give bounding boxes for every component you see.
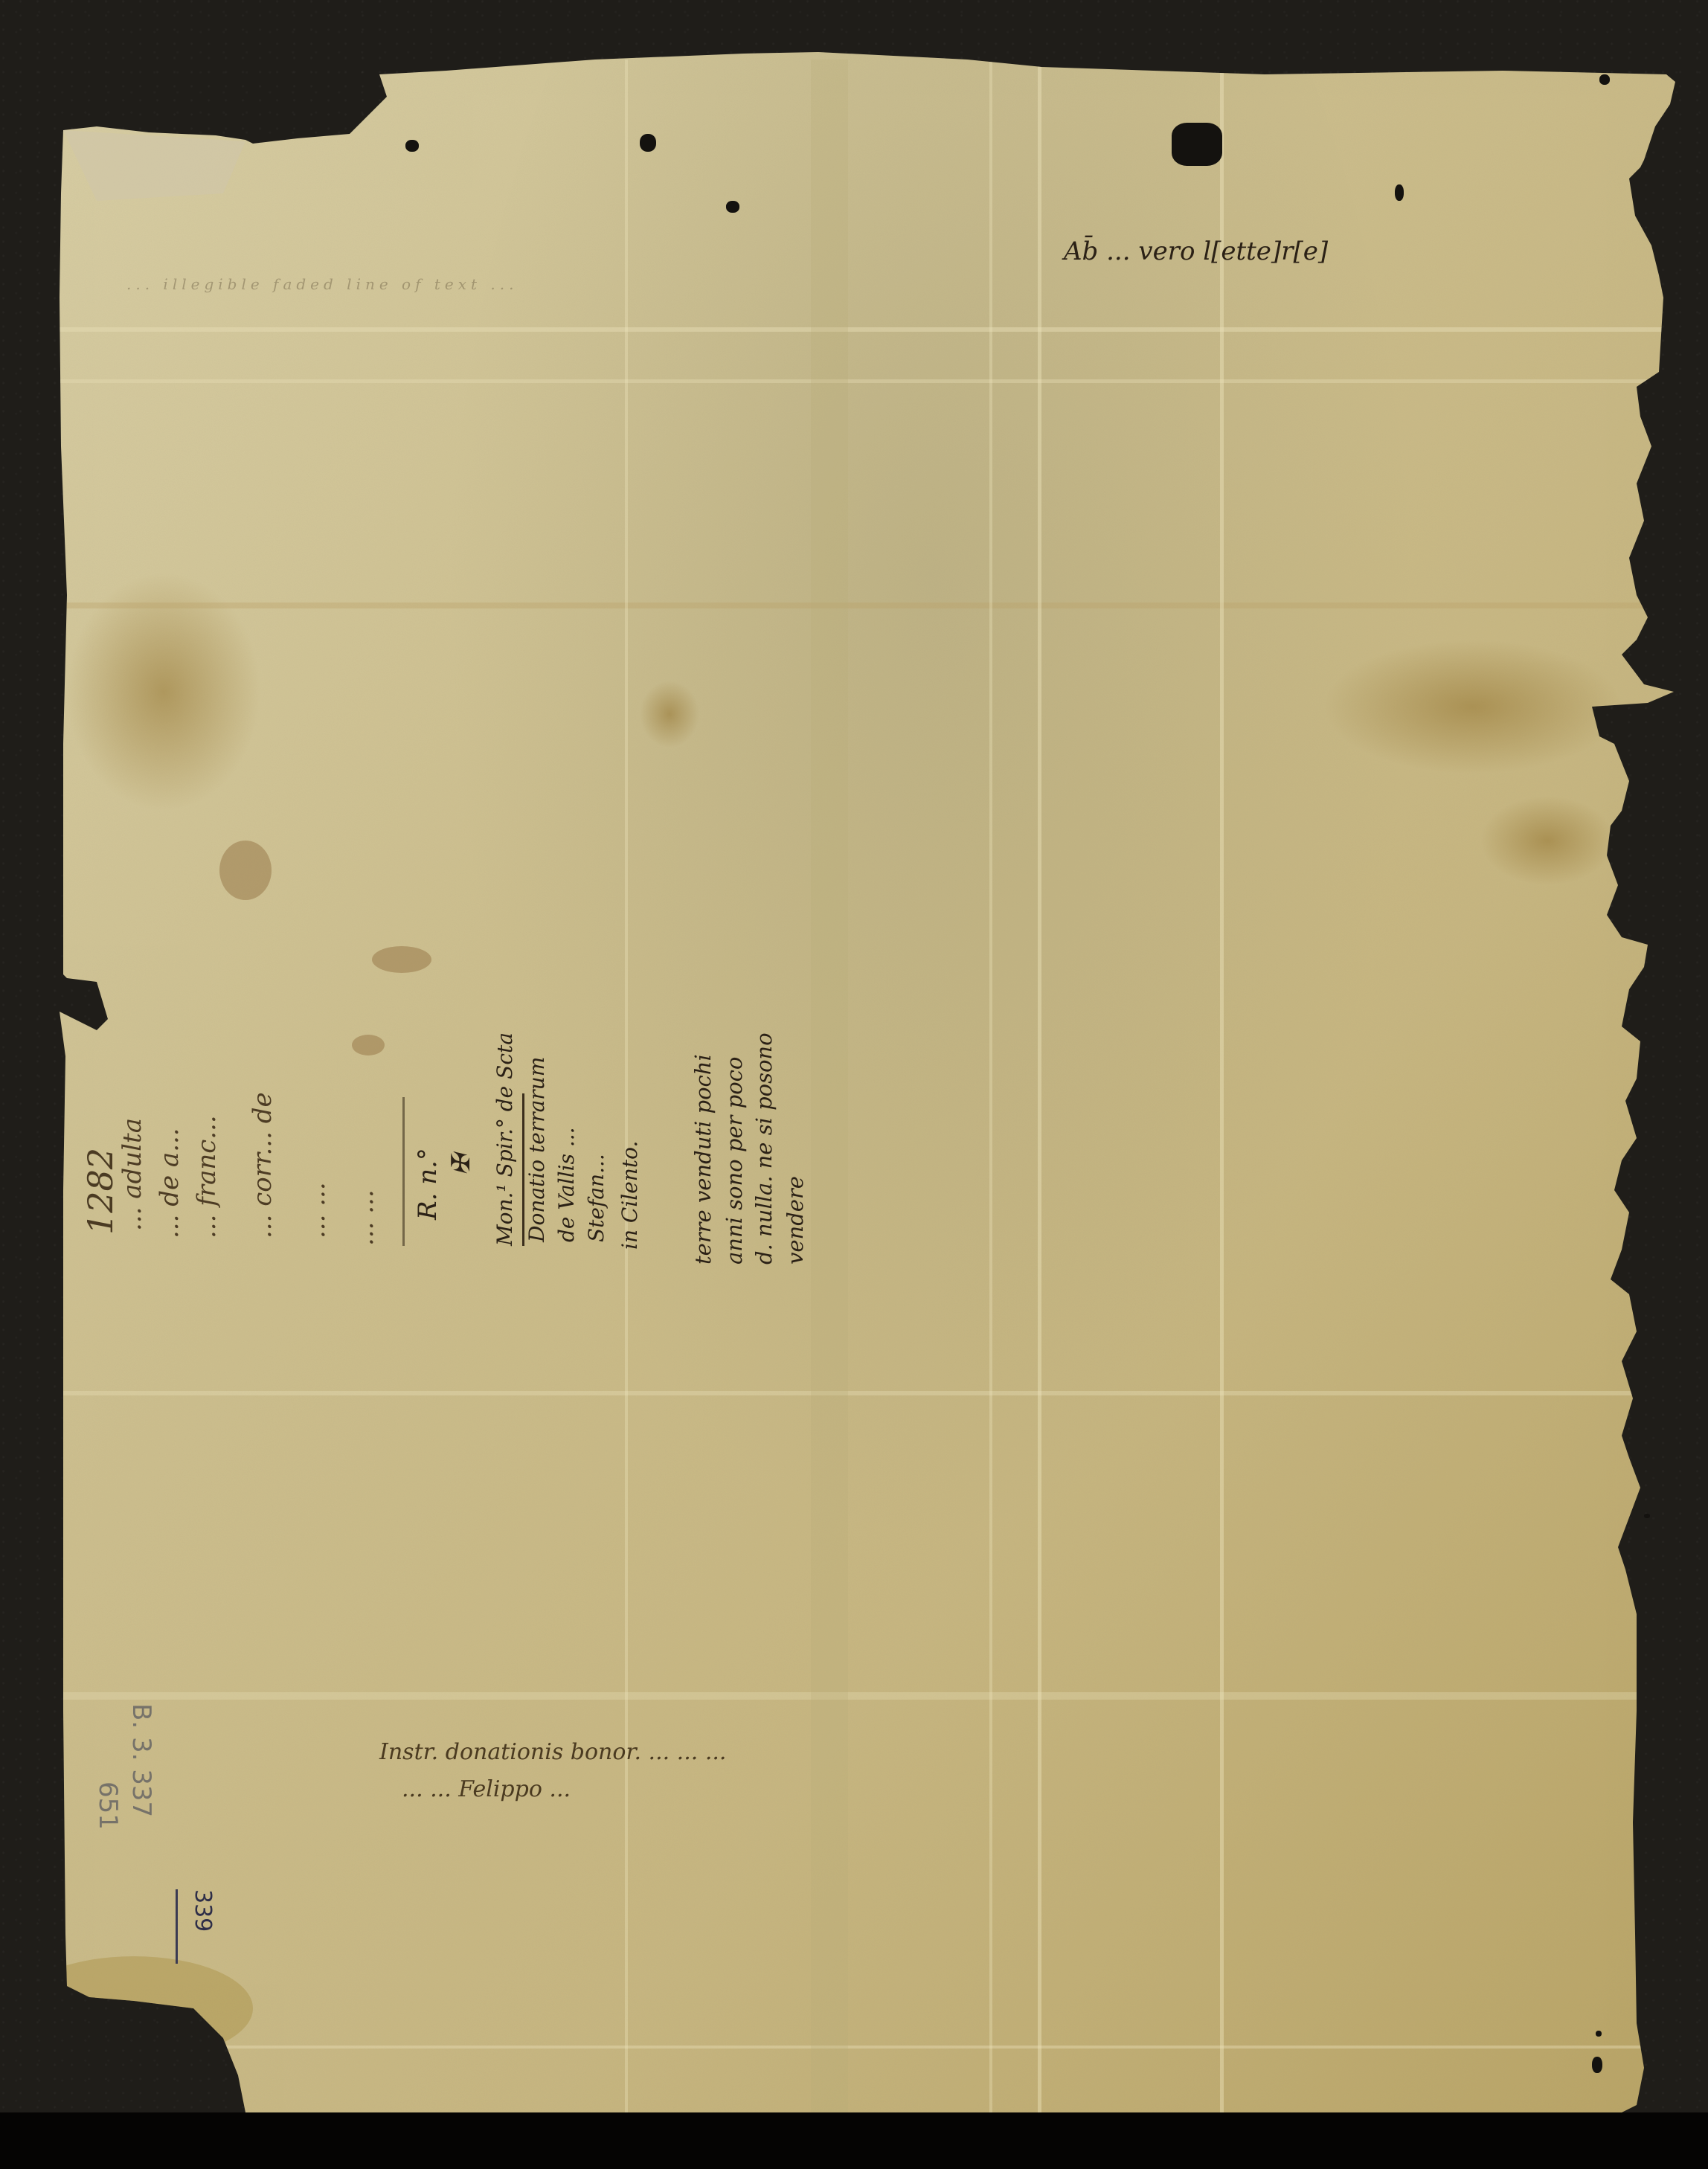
archival-note-line: Donatio terrarum xyxy=(524,1057,549,1242)
shelfmark-pencil: B. 3. 337 xyxy=(126,1703,156,1817)
left-margin-line: ... ... xyxy=(301,1182,331,1238)
archival-note-line: de Vallis ... xyxy=(554,1127,579,1242)
archival-note-line: Stefan... xyxy=(584,1154,609,1242)
pencil-number: 339 xyxy=(190,1889,216,1932)
left-margin-line: ... franc... xyxy=(192,1115,222,1238)
parchment-sheet: Ab̄ ... vero l[ette]r[e] ... illegible f… xyxy=(0,0,1708,2169)
top-endorsement-heading: Ab̄ ... vero l[ette]r[e] xyxy=(1064,237,1328,266)
left-margin-line: ... de a... xyxy=(155,1128,184,1238)
parchment-shape xyxy=(0,0,1708,2169)
archival-note-line: in Cilento. xyxy=(617,1141,642,1250)
second-note-line: anni sono per poco xyxy=(722,1057,747,1265)
top-endorsement-faint-line: ... illegible faded line of text ... xyxy=(126,275,518,293)
second-note-line: vendere xyxy=(783,1176,808,1265)
left-margin-line: ... adulta xyxy=(118,1118,147,1231)
left-margin-line: ... ... xyxy=(350,1189,379,1246)
second-note-line: d. nulla. ne si posono xyxy=(751,1032,777,1265)
archival-note-title: Mon.¹ Spir.° de Scta xyxy=(492,1032,517,1246)
shelfmark-pencil: 651 xyxy=(93,1781,123,1830)
left-margin-year: 1282 xyxy=(80,1148,121,1235)
bottom-note-line: Instr. donationis bonor. ... ... ... xyxy=(379,1739,726,1765)
margin-divider-line xyxy=(402,1097,405,1246)
left-margin-line: ... corr... de xyxy=(248,1092,277,1238)
parchment-hole xyxy=(1599,74,1610,85)
archival-note-header: R. n.° xyxy=(413,1148,443,1220)
parchment-hole xyxy=(1644,1514,1650,1518)
cross-icon: ✠ xyxy=(446,1154,476,1176)
bottom-note-line: ... ... Felippo ... xyxy=(402,1776,571,1802)
parchment-hole xyxy=(405,140,419,152)
parchment-hole xyxy=(640,134,656,152)
second-note-line: terre venduti pochi xyxy=(690,1054,716,1265)
parchment-hole xyxy=(726,201,739,213)
pencil-number-rule xyxy=(176,1889,178,1964)
parchment-hole xyxy=(1592,2057,1602,2073)
parchment-hole xyxy=(1172,123,1222,166)
parchment-hole xyxy=(1395,184,1404,201)
parchment-hole xyxy=(1596,2031,1602,2037)
